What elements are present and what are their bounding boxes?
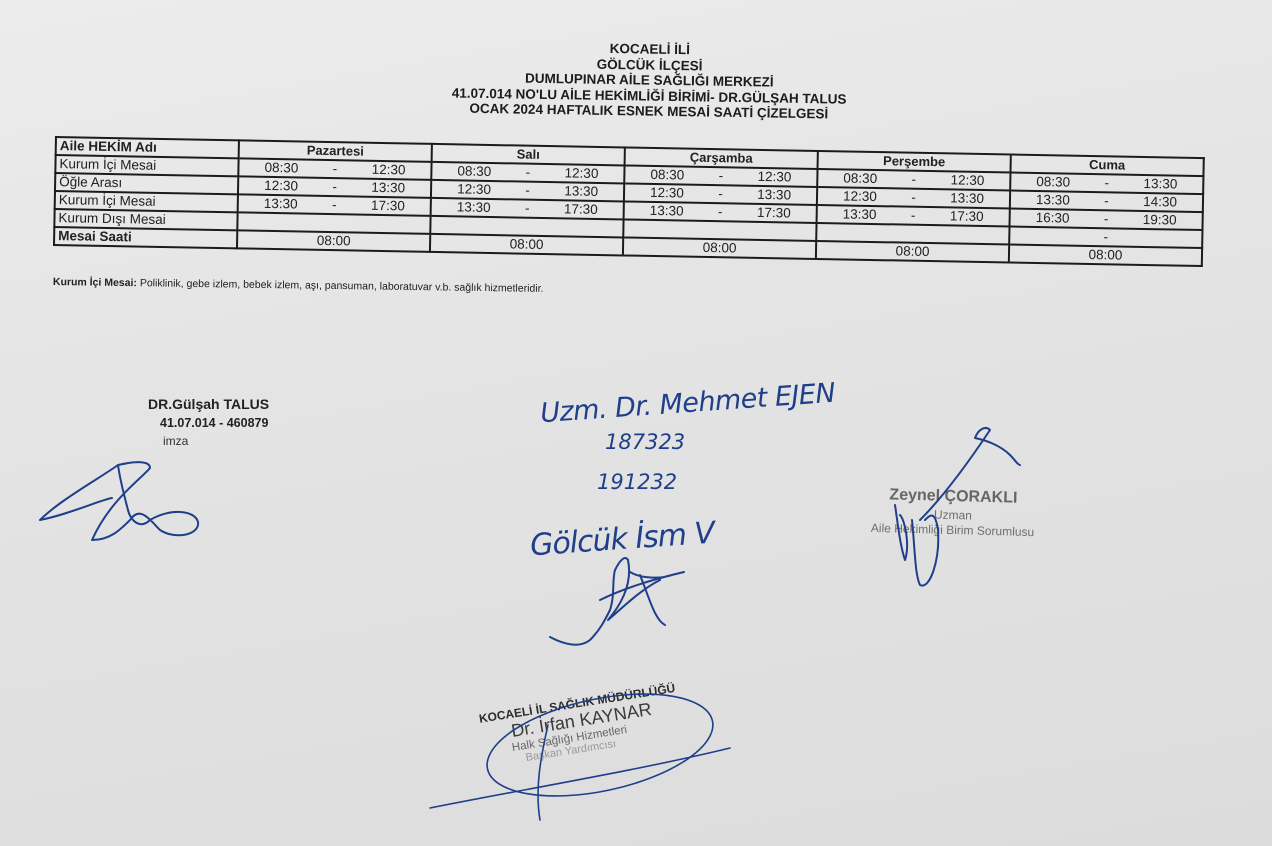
total-hours-cell: 08:00 (430, 234, 623, 256)
handwritten-number-2: 191232 (597, 470, 677, 494)
footnote-text: Poliklinik, gebe izlem, bebek izlem, aşı… (137, 277, 544, 295)
time-start: 08:30 (457, 163, 491, 180)
time-sep: - (525, 201, 530, 217)
physician-code: 41.07.014 - 460879 (148, 416, 269, 430)
time-end: 13:30 (564, 183, 598, 200)
time-sep: - (526, 165, 531, 181)
time-sep: - (333, 161, 338, 177)
time-start: 08:30 (843, 170, 877, 187)
time-end: 17:30 (757, 205, 791, 222)
row-label: Mesai Saati (54, 227, 237, 248)
time-start: 12:30 (843, 188, 877, 205)
footnote-label: Kurum İçi Mesai: (53, 276, 137, 289)
time-end: 17:30 (950, 208, 984, 225)
time-end: 13:30 (757, 187, 791, 204)
time-start: 12:30 (650, 185, 684, 202)
time-end: 12:30 (757, 169, 791, 186)
time-sep: - (525, 183, 530, 199)
time-start: 08:30 (1036, 174, 1070, 191)
signature-left-icon (40, 462, 198, 540)
time-end: 13:30 (1143, 176, 1177, 193)
time-end: 17:30 (564, 201, 598, 218)
time-start: 12:30 (264, 178, 298, 195)
time-sep: - (332, 197, 337, 213)
time-end: 17:30 (371, 198, 405, 215)
total-hours-cell: 08:00 (237, 230, 430, 252)
time-end: 19:30 (1143, 212, 1177, 229)
total-hours-cell: 08:00 (816, 241, 1009, 263)
time-sep: - (332, 179, 337, 195)
time-start: 08:30 (650, 167, 684, 184)
document-header: KOCAELİ İLİ GÖLCÜK İLÇESİ DUMLUPINAR AİL… (419, 38, 880, 123)
physician-name: DR.Gülşah TALUS (148, 396, 269, 412)
time-start: 08:30 (264, 160, 298, 177)
time-start: 12:30 (457, 181, 491, 198)
time-sep: - (1104, 211, 1109, 227)
time-sep: - (911, 190, 916, 206)
time-sep: - (911, 208, 916, 224)
time-start: 13:30 (650, 203, 684, 220)
time-sep: - (718, 204, 723, 220)
time-sep: - (911, 172, 916, 188)
time-start: 13:30 (1036, 192, 1070, 209)
supervisor-name: Zeynel ÇORAKLI (868, 486, 1038, 508)
time-sep: - (718, 168, 723, 184)
time-end: 12:30 (372, 162, 406, 179)
official-stamp: KOCAELİ İL SAĞLIK MÜDÜRLÜĞÜ Dr. İrfan KA… (478, 681, 685, 771)
time-start: 13:30 (843, 206, 877, 223)
supervisor-signature-block: Zeynel ÇORAKLI Uzman Aile Hekimliği Biri… (867, 486, 1038, 539)
handwritten-location: Gölcük İsm V (529, 516, 715, 564)
time-end: 14:30 (1143, 194, 1177, 211)
time-start: 16:30 (1036, 210, 1070, 227)
signature-label: imza (148, 434, 269, 448)
total-hours-cell: 08:00 (1009, 245, 1202, 267)
signature-middle-icon (550, 558, 684, 645)
time-start: 13:30 (457, 199, 491, 216)
time-end: 13:30 (950, 190, 984, 207)
handwritten-number-1: 187323 (605, 430, 685, 454)
time-sep: - (1104, 193, 1109, 209)
time-start: 13:30 (264, 196, 298, 213)
time-end: 12:30 (950, 172, 984, 189)
schedule-table: Aile HEKİM Adı Pazartesi Salı Çarşamba P… (53, 136, 1205, 267)
footnote: Kurum İçi Mesai: Poliklinik, gebe izlem,… (53, 276, 544, 295)
handwritten-name: Uzm. Dr. Mehmet EJEN (539, 378, 836, 430)
time-sep: - (718, 186, 723, 202)
time-end: 12:30 (564, 165, 598, 182)
total-hours-cell: 08:00 (623, 237, 816, 259)
time-end: 13:30 (371, 180, 405, 197)
physician-signature-block: DR.Gülşah TALUS 41.07.014 - 460879 imza (148, 396, 269, 448)
time-sep: - (1104, 175, 1109, 191)
